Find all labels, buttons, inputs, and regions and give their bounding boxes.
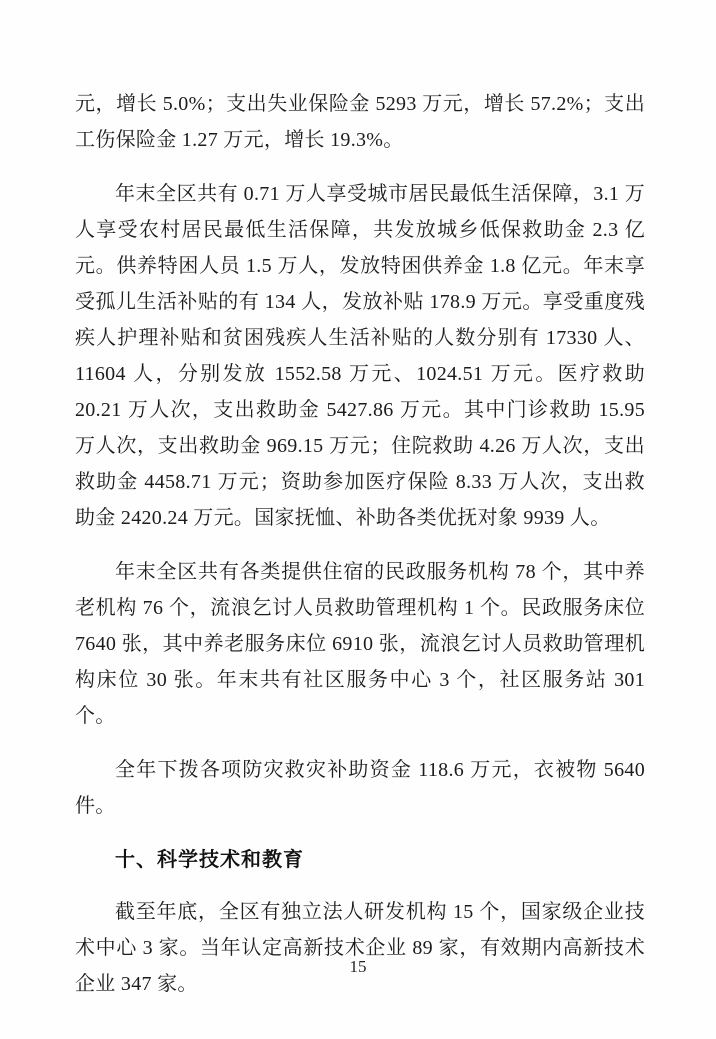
section-heading-science-education: 十、科学技术和教育 — [75, 842, 645, 878]
page-number: 15 — [0, 955, 716, 979]
paragraph-civil-affairs-institutions: 年末全区共有各类提供住宿的民政服务机构 78 个，其中养老机构 76 个，流浪乞… — [75, 554, 645, 734]
paragraph-science-education: 截至年底，全区有独立法人研发机构 15 个，国家级企业技术中心 3 家。当年认定… — [75, 894, 645, 1002]
text-block: 元，增长 5.0%；支出失业保险金 5293 万元，增长 57.2%；支出工伤保… — [75, 86, 645, 1020]
document-page: 元，增长 5.0%；支出失业保险金 5293 万元，增长 57.2%；支出工伤保… — [0, 0, 716, 1039]
paragraph-social-assistance: 年末全区共有 0.71 万人享受城市居民最低生活保障，3.1 万人享受农村居民最… — [75, 176, 645, 536]
paragraph-insurance-continued: 元，增长 5.0%；支出失业保险金 5293 万元，增长 57.2%；支出工伤保… — [75, 86, 645, 158]
paragraph-disaster-relief: 全年下拨各项防灾救灾补助资金 118.6 万元，衣被物 5640 件。 — [75, 752, 645, 824]
